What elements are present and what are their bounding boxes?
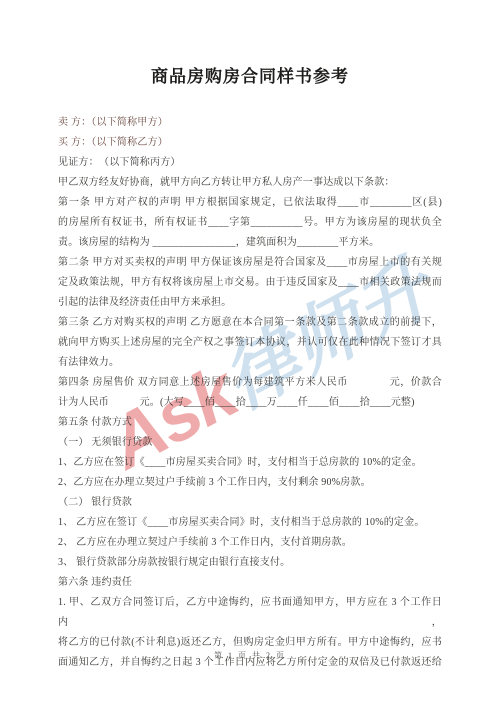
contract-line: 有法律效力。	[58, 353, 442, 373]
contract-line: 就向甲方购买上述房屋的完全产权之事签订本协议，并认可仅在此种情况下签订才具	[58, 333, 442, 353]
contract-line: 第五条 付款方式	[58, 413, 442, 433]
contract-line: 引起的法律及经济责任由甲方来承担。	[58, 293, 442, 313]
contract-line: 2、 乙方应在办理立契过户手续前 3 个工作日内，支付首期房款。	[58, 533, 442, 553]
contract-line: 第六条 违约责任	[58, 573, 442, 593]
contract-line: 1. 甲、乙双方合同签订后，乙方中途悔约，应书面通知甲方，甲方应在 3 个工作日…	[58, 593, 442, 633]
contract-line: 3、 银行贷款部分房款按银行规定由银行直接支付。	[58, 553, 442, 573]
contract-line: （一） 无须银行贷款	[58, 433, 442, 453]
contract-line: 第四条 房屋售价 双方同意上述房屋售价为每建筑平方米人民币 元，价款合	[58, 373, 442, 393]
contract-line: 第二条 甲方对买卖权的声明 甲方保证该房屋是符合国家及____市房屋上市的有关规	[58, 253, 442, 273]
contract-line: 1、乙方应在签订《____市房屋买卖合同》时，支付相当于总房款的 10%的定金。	[58, 453, 442, 473]
contract-line: （二） 银行贷款	[58, 493, 442, 513]
contract-line: 第三条 乙方对购买权的声明 乙方愿意在本合同第一条款及第二条款成立的前提下，	[58, 313, 442, 333]
contract-lines: 卖 方：（以下简称甲方）买 方：（以下简称乙方）见证方： （以下简称丙方）甲乙双…	[58, 113, 442, 673]
contract-line: 见证方： （以下简称丙方）	[58, 153, 442, 173]
page-footer: 第 1 页 共 2 页	[0, 650, 500, 661]
contract-line: 责。该房屋的结构为 ________________，建筑面积为________…	[58, 233, 442, 253]
contract-line: 卖 方：（以下简称甲方）	[58, 113, 442, 133]
contract-line: 2、乙方应在办理立契过户手续前 3 个工作日内，支付剩余 90%房款。	[58, 473, 442, 493]
contract-line: 定及政策法规，甲方有权将该房屋上市交易。由于违反国家及____市相关政策法规而	[58, 273, 442, 293]
document-page: Ask律师升 商品房购房合同样书参考 卖 方：（以下简称甲方）买 方：（以下简称…	[0, 0, 500, 706]
contract-line: 的房屋所有权证书，所有权证书____字第__________号。甲方为该房屋的现…	[58, 213, 442, 233]
contract-line: 甲乙双方经友好协商，就甲方向乙方转让甲方私人房产一事达成以下条款：	[58, 173, 442, 193]
contract-body: 商品房购房合同样书参考 卖 方：（以下简称甲方）买 方：（以下简称乙方）见证方：…	[58, 62, 442, 673]
contract-line: 第一条 甲方对产权的声明 甲方根据国家规定，已依法取得____市________…	[58, 193, 442, 213]
contract-line: 买 方：（以下简称乙方）	[58, 133, 442, 153]
contract-line: 1、 乙方应在签订《____市房屋买卖合同》时，支付相当于总房款的 10%的定金…	[58, 513, 442, 533]
contract-line: 计为人民币 元。(大写____佰____拾____万____仟____佰____…	[58, 393, 442, 413]
contract-title: 商品房购房合同样书参考	[58, 62, 442, 87]
